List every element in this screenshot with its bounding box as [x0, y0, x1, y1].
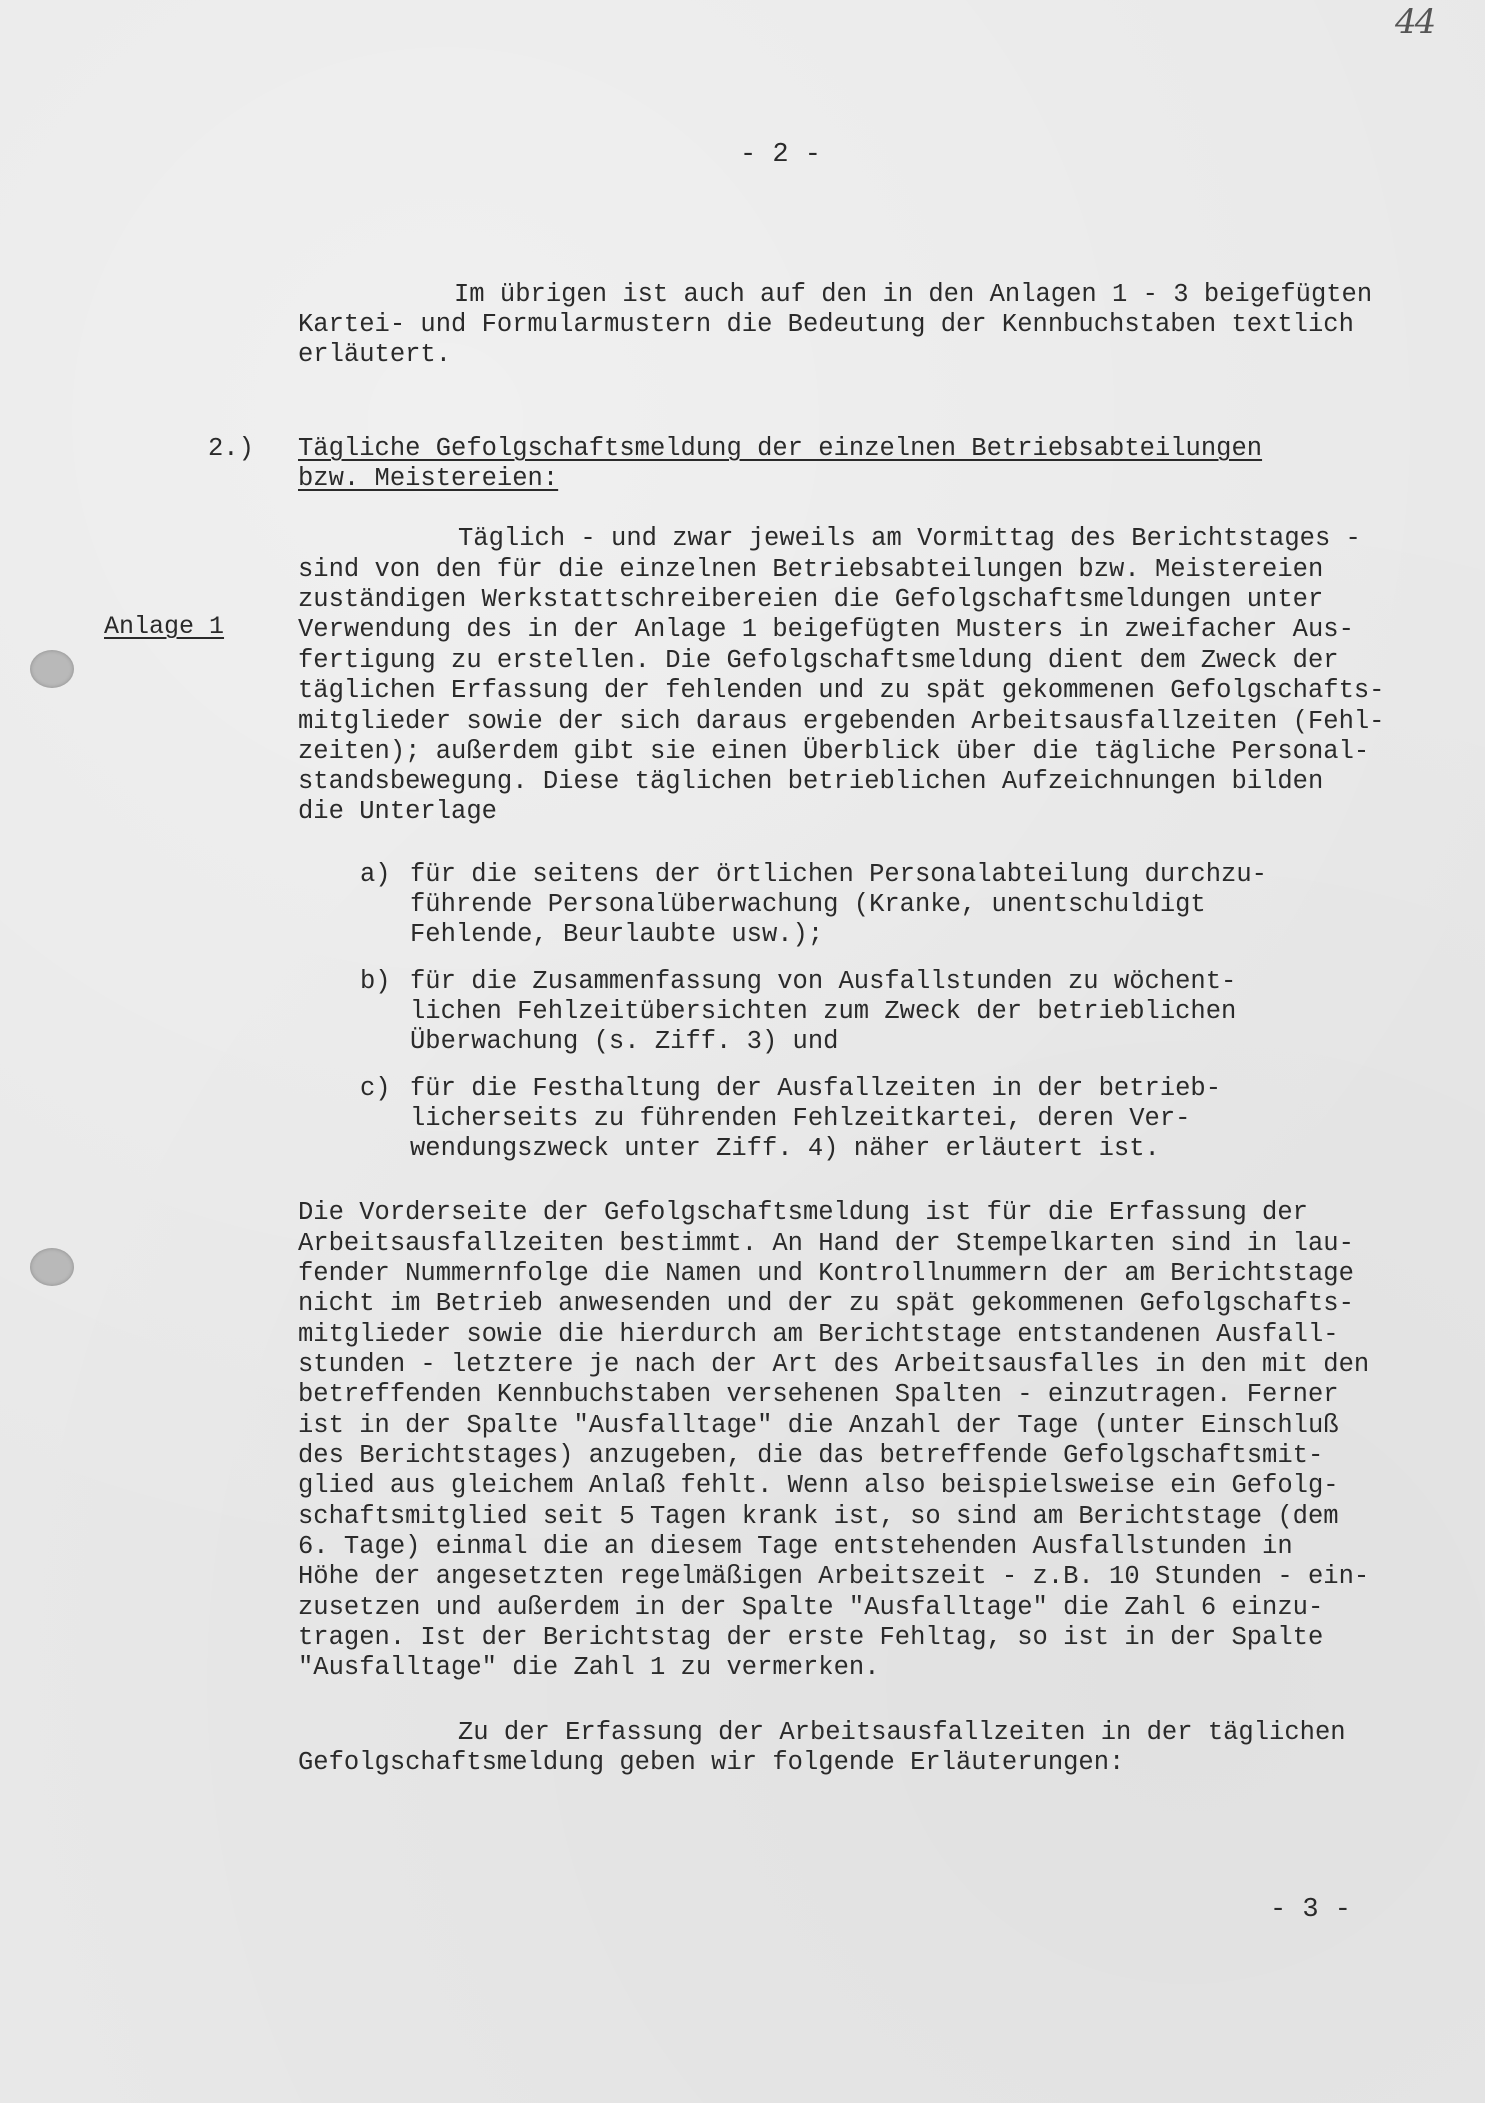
paragraph-line: sind von den für die einzelnen Betriebsa…	[298, 555, 1323, 585]
paragraph-line: schaftsmitglied seit 5 Tagen krank ist, …	[298, 1502, 1339, 1532]
list-item-line: Überwachung (s. Ziff. 3) und	[410, 1027, 838, 1057]
paragraph-line: Verwendung des in der Anlage 1 beigefügt…	[298, 615, 1354, 645]
list-item-line: Fehlende, Beurlaubte usw.);	[410, 920, 823, 950]
paragraph-line: des Berichtstages) anzugeben, die das be…	[298, 1441, 1323, 1471]
document-page: 44 - 2 - Im übrigen ist auch auf den in …	[0, 0, 1485, 2103]
paragraph-line: Zu der Erfassung der Arbeitsausfallzeite…	[458, 1718, 1346, 1748]
paragraph-line: stunden - letztere je nach der Art des A…	[298, 1350, 1369, 1380]
intro-line: Kartei- und Formularmustern die Bedeutun…	[298, 310, 1354, 340]
margin-note-anlage: Anlage 1	[104, 612, 224, 641]
section-heading: Tägliche Gefolgschaftsmeldung der einzel…	[298, 434, 1262, 464]
list-item-line: für die Zusammenfassung von Ausfallstund…	[410, 967, 1236, 997]
list-label: b)	[360, 967, 391, 997]
paragraph-line: Die Vorderseite der Gefolgschaftsmeldung…	[298, 1198, 1308, 1228]
section-heading: bzw. Meistereien:	[298, 464, 558, 494]
list-item-line: licherseits zu führenden Fehlzeitkartei,…	[410, 1104, 1190, 1134]
paragraph-line: die Unterlage	[298, 797, 497, 827]
paragraph-line: glied aus gleichem Anlaß fehlt. Wenn als…	[298, 1471, 1339, 1501]
next-page-marker: - 3 -	[1270, 1895, 1351, 1925]
paragraph-line: Höhe der angesetzten regelmäßigen Arbeit…	[298, 1562, 1369, 1592]
paragraph-line: Gefolgschaftsmeldung geben wir folgende …	[298, 1748, 1124, 1778]
paragraph-line: fender Nummernfolge die Namen und Kontro…	[298, 1259, 1354, 1289]
paragraph-line: zusetzen und außerdem in der Spalte "Aus…	[298, 1593, 1323, 1623]
paragraph-line: standsbewegung. Diese täglichen betriebl…	[298, 767, 1323, 797]
list-item-line: für die Festhaltung der Ausfallzeiten in…	[410, 1074, 1221, 1104]
list-item-line: lichen Fehlzeitübersichten zum Zweck der…	[410, 997, 1236, 1027]
paragraph-line: mitglieder sowie die hierdurch am Berich…	[298, 1320, 1339, 1350]
archive-number: 44	[1395, 2, 1434, 42]
paragraph-line: ist in der Spalte "Ausfalltage" die Anza…	[298, 1411, 1339, 1441]
list-item-line: wendungszweck unter Ziff. 4) näher erläu…	[410, 1134, 1160, 1164]
paragraph-line: Täglich - und zwar jeweils am Vormittag …	[458, 524, 1361, 554]
list-label: a)	[360, 860, 391, 890]
list-item-line: für die seitens der örtlichen Personalab…	[410, 860, 1267, 890]
list-item-line: führende Personalüberwachung (Kranke, un…	[410, 890, 1206, 920]
paragraph-line: nicht im Betrieb anwesenden und der zu s…	[298, 1289, 1354, 1319]
paragraph-line: fertigung zu erstellen. Die Gefolgschaft…	[298, 646, 1339, 676]
paragraph-line: Arbeitsausfallzeiten bestimmt. An Hand d…	[298, 1229, 1354, 1259]
paragraph-line: tragen. Ist der Berichtstag der erste Fe…	[298, 1623, 1323, 1653]
list-label: c)	[360, 1074, 391, 1104]
page-number: - 2 -	[740, 140, 821, 170]
paragraph-line: 6. Tage) einmal die an diesem Tage entst…	[298, 1532, 1293, 1562]
punch-hole	[30, 650, 74, 688]
intro-line: Im übrigen ist auch auf den in den Anlag…	[454, 280, 1372, 310]
paragraph-line: betreffenden Kennbuchstaben versehenen S…	[298, 1380, 1339, 1410]
paragraph-line: zuständigen Werkstattschreibereien die G…	[298, 585, 1323, 615]
paragraph-line: "Ausfalltage" die Zahl 1 zu vermerken.	[298, 1653, 880, 1683]
section-number: 2.)	[208, 434, 254, 464]
intro-line: erläutert.	[298, 340, 451, 370]
paragraph-line: zeiten); außerdem gibt sie einen Überbli…	[298, 737, 1369, 767]
punch-hole	[30, 1248, 74, 1286]
paragraph-line: mitglieder sowie der sich daraus ergeben…	[298, 707, 1384, 737]
paragraph-line: täglichen Erfassung der fehlenden und zu…	[298, 676, 1384, 706]
